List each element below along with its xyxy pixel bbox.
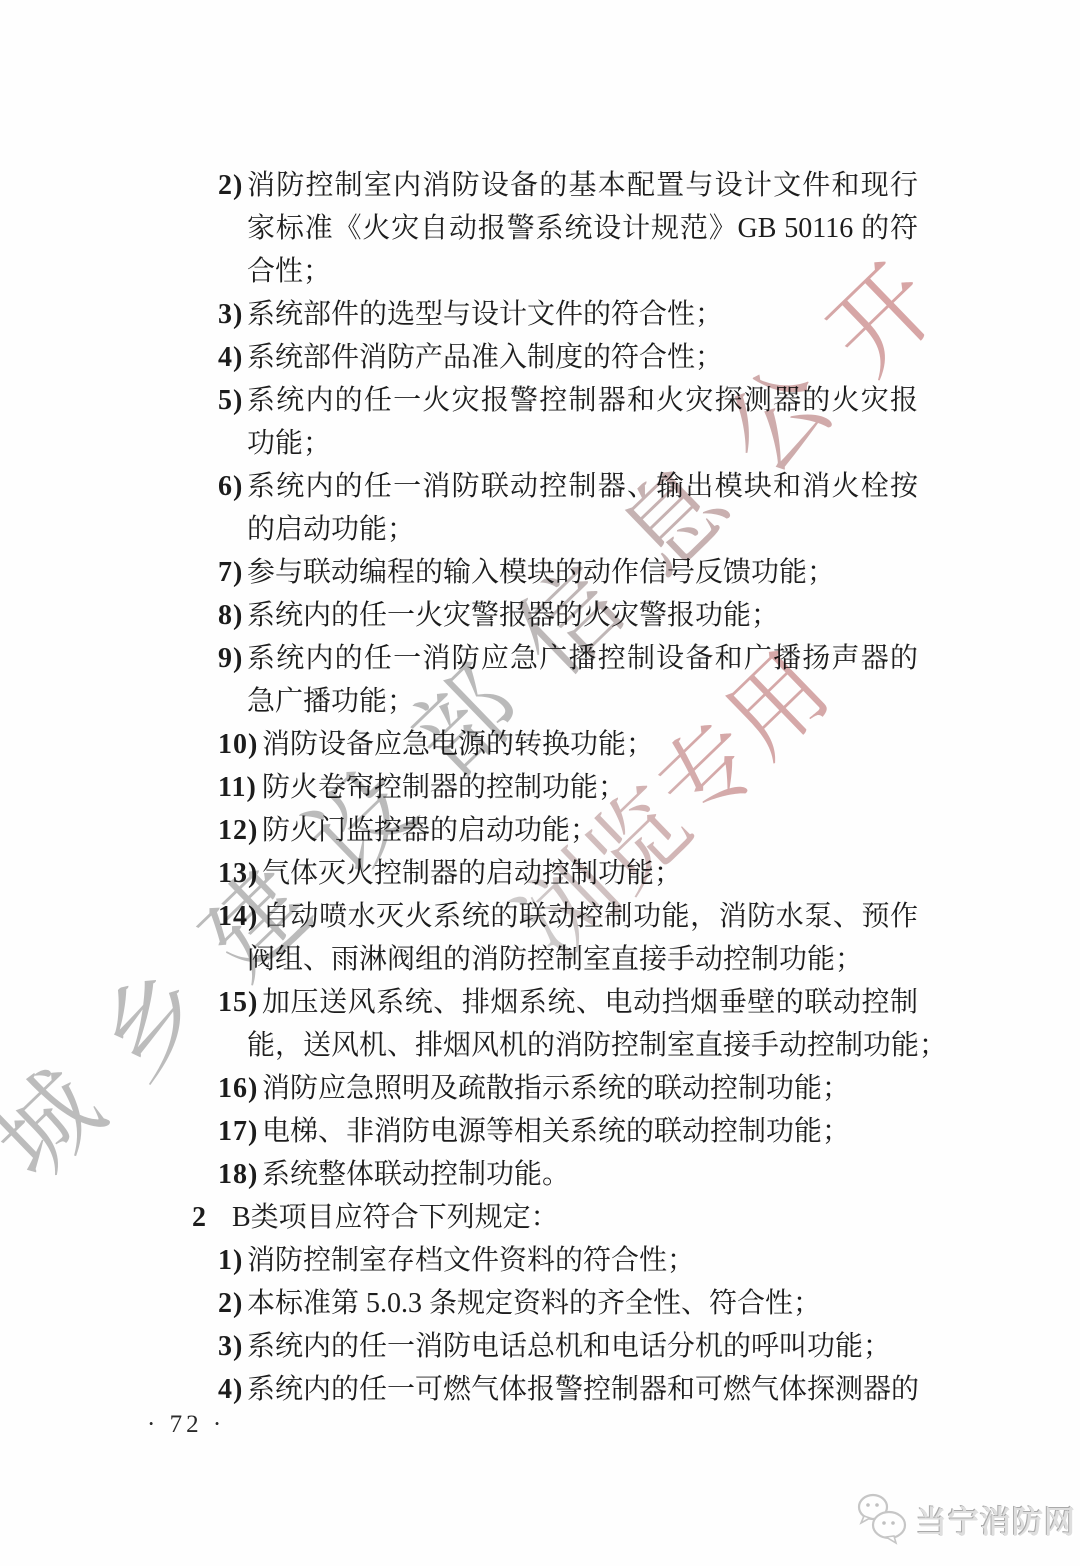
list-item: 14) 自动喷水灭火系统的联动控制功能，消防水泵、预作用阀组、雨淋阀组的消防控制… [218, 895, 918, 981]
item-number: 3) [218, 293, 243, 336]
item-text: 系统整体联动控制功能。 [247, 1153, 918, 1196]
item-number: 10) [218, 723, 258, 766]
item-text: 防火卷帘控制器的控制功能； [247, 766, 918, 809]
item-text: 消防设备应急电源的转换功能； [247, 723, 918, 766]
item-number: 2) [218, 164, 243, 207]
item-number: 11) [218, 766, 257, 809]
item-text: 气体灭火控制器的启动控制功能； [247, 852, 918, 895]
item-number: 9) [218, 637, 243, 680]
text-line: 系统整体联动控制功能。 [247, 1153, 918, 1196]
item-text: 系统内的任一消防联动控制器、输出模块和消火栓按钮的启动功能； [247, 465, 918, 551]
item-text: 系统部件消防产品准入制度的符合性； [247, 336, 918, 379]
list-item: 15) 加压送风系统、排烟系统、电动挡烟垂壁的联动控制功能，送风机、排烟风机的消… [218, 981, 918, 1067]
item-number: 12) [218, 809, 258, 852]
list-item: 16) 消防应急照明及疏散指示系统的联动控制功能； [218, 1067, 918, 1110]
item-number: 5) [218, 379, 243, 422]
text-line: 消防设备应急电源的转换功能； [247, 723, 918, 766]
item-number: 16) [218, 1067, 258, 1110]
list-item: 1) 消防控制室存档文件资料的符合性； [218, 1239, 918, 1282]
item-number: 13) [218, 852, 258, 895]
item-number: 6) [218, 465, 243, 508]
list-item: 17) 电梯、非消防电源等相关系统的联动控制功能； [218, 1110, 918, 1153]
wechat-icon [856, 1492, 908, 1546]
item-text: 系统内的任一火灾报警控制器和火灾探测器的火灾报警功能； [247, 379, 918, 465]
item-number: 18) [218, 1153, 258, 1196]
list-item: 12) 防火门监控器的启动功能； [218, 809, 918, 852]
item-number: 2) [218, 1282, 243, 1325]
text-line: 电梯、非消防电源等相关系统的联动控制功能； [247, 1110, 918, 1153]
list-item: 2) 消防控制室内消防设备的基本配置与设计文件和现行国家标准《火灾自动报警系统设… [218, 164, 918, 293]
item-text: 系统内的任一消防电话总机和电话分机的呼叫功能； [247, 1325, 918, 1368]
text-line: 急广播功能； [247, 680, 918, 723]
item-text: 消防控制室存档文件资料的符合性； [247, 1239, 918, 1282]
item-number: 4) [218, 1368, 243, 1411]
list-item: 2 B类项目应符合下列规定： [218, 1196, 918, 1239]
text-line: 系统内的任一消防电话总机和电话分机的呼叫功能； [247, 1325, 918, 1368]
text-line: B类项目应符合下列规定： [232, 1196, 918, 1239]
site-logo-text: 当宁消防网 [916, 1497, 1076, 1542]
text-line: 参与联动编程的输入模块的动作信号反馈功能； [247, 551, 918, 594]
item-text: B类项目应符合下列规定： [232, 1196, 918, 1239]
text-line: 系统内的任一消防联动控制器、输出模块和消火栓按钮 [247, 465, 918, 508]
text-line: 系统内的任一火灾警报器的火灾警报功能； [247, 594, 918, 637]
list-item: 9) 系统内的任一消防应急广播控制设备和广播扬声器的应急广播功能； [218, 637, 918, 723]
text-line: 消防控制室内消防设备的基本配置与设计文件和现行国 [247, 164, 918, 207]
item-number: 17) [218, 1110, 258, 1153]
text-line: 防火门监控器的启动功能； [247, 809, 918, 852]
text-line: 消防控制室存档文件资料的符合性； [247, 1239, 918, 1282]
text-line: 气体灭火控制器的启动控制功能； [247, 852, 918, 895]
item-text: 消防控制室内消防设备的基本配置与设计文件和现行国家标准《火灾自动报警系统设计规范… [247, 164, 918, 293]
list-item: 11) 防火卷帘控制器的控制功能； [218, 766, 918, 809]
item-number: 7) [218, 551, 243, 594]
document-page: 2) 消防控制室内消防设备的基本配置与设计文件和现行国家标准《火灾自动报警系统设… [0, 0, 1080, 1566]
item-number: 15) [218, 981, 258, 1024]
item-text: 系统内的任一消防应急广播控制设备和广播扬声器的应急广播功能； [247, 637, 918, 723]
item-number: 8) [218, 594, 243, 637]
list-item: 5) 系统内的任一火灾报警控制器和火灾探测器的火灾报警功能； [218, 379, 918, 465]
list-item: 3) 系统内的任一消防电话总机和电话分机的呼叫功能； [218, 1325, 918, 1368]
list-item: 6) 系统内的任一消防联动控制器、输出模块和消火栓按钮的启动功能； [218, 465, 918, 551]
text-line: 能，送风机、排烟风机的消防控制室直接手动控制功能； [247, 1024, 918, 1067]
item-text: 消防应急照明及疏散指示系统的联动控制功能； [247, 1067, 918, 1110]
item-text: 系统部件的选型与设计文件的符合性； [247, 293, 918, 336]
text-line: 自动喷水灭火系统的联动控制功能，消防水泵、预作用 [247, 895, 918, 938]
item-number: 3) [218, 1325, 243, 1368]
list-item: 8) 系统内的任一火灾警报器的火灾警报功能； [218, 594, 918, 637]
item-text: 电梯、非消防电源等相关系统的联动控制功能； [247, 1110, 918, 1153]
list-item: 3) 系统部件的选型与设计文件的符合性； [218, 293, 918, 336]
text-line: 功能； [247, 422, 918, 465]
page-number: · 72 · [147, 1411, 225, 1439]
item-text: 参与联动编程的输入模块的动作信号反馈功能； [247, 551, 918, 594]
list-item: 4) 系统部件消防产品准入制度的符合性； [218, 336, 918, 379]
list-item: 10) 消防设备应急电源的转换功能； [218, 723, 918, 766]
text-line: 加压送风系统、排烟系统、电动挡烟垂壁的联动控制功 [247, 981, 918, 1024]
item-text: 本标准第 5.0.3 条规定资料的齐全性、符合性； [247, 1282, 918, 1325]
document-body: 2) 消防控制室内消防设备的基本配置与设计文件和现行国家标准《火灾自动报警系统设… [218, 164, 918, 1411]
text-line: 阀组、雨淋阀组的消防控制室直接手动控制功能； [247, 938, 918, 981]
item-text: 系统内的任一火灾警报器的火灾警报功能； [247, 594, 918, 637]
text-line: 系统部件的选型与设计文件的符合性； [247, 293, 918, 336]
text-line: 系统部件消防产品准入制度的符合性； [247, 336, 918, 379]
list-item: 13) 气体灭火控制器的启动控制功能； [218, 852, 918, 895]
item-text: 防火门监控器的启动功能； [247, 809, 918, 852]
text-line: 消防应急照明及疏散指示系统的联动控制功能； [247, 1067, 918, 1110]
site-logo: 当宁消防网 [856, 1492, 1076, 1546]
list-item: 18) 系统整体联动控制功能。 [218, 1153, 918, 1196]
text-line: 合性； [247, 250, 918, 293]
list-item: 7) 参与联动编程的输入模块的动作信号反馈功能； [218, 551, 918, 594]
text-line: 系统内的任一可燃气体报警控制器和可燃气体探测器的 [247, 1368, 918, 1411]
text-line: 家标准《火灾自动报警系统设计规范》GB 50116 的符 [247, 207, 918, 250]
text-line: 本标准第 5.0.3 条规定资料的齐全性、符合性； [247, 1282, 918, 1325]
item-number: 1) [218, 1239, 243, 1282]
item-number: 2 [192, 1196, 207, 1239]
item-text: 自动喷水灭火系统的联动控制功能，消防水泵、预作用阀组、雨淋阀组的消防控制室直接手… [247, 895, 918, 981]
list-item: 4) 系统内的任一可燃气体报警控制器和可燃气体探测器的 [218, 1368, 918, 1411]
text-line: 系统内的任一火灾报警控制器和火灾探测器的火灾报警 [247, 379, 918, 422]
item-number: 14) [218, 895, 258, 938]
list-item: 2) 本标准第 5.0.3 条规定资料的齐全性、符合性； [218, 1282, 918, 1325]
text-line: 系统内的任一消防应急广播控制设备和广播扬声器的应 [247, 637, 918, 680]
item-number: 4) [218, 336, 243, 379]
text-line: 的启动功能； [247, 508, 918, 551]
item-text: 加压送风系统、排烟系统、电动挡烟垂壁的联动控制功能，送风机、排烟风机的消防控制室… [247, 981, 918, 1067]
item-text: 系统内的任一可燃气体报警控制器和可燃气体探测器的 [247, 1368, 918, 1411]
text-line: 防火卷帘控制器的控制功能； [247, 766, 918, 809]
